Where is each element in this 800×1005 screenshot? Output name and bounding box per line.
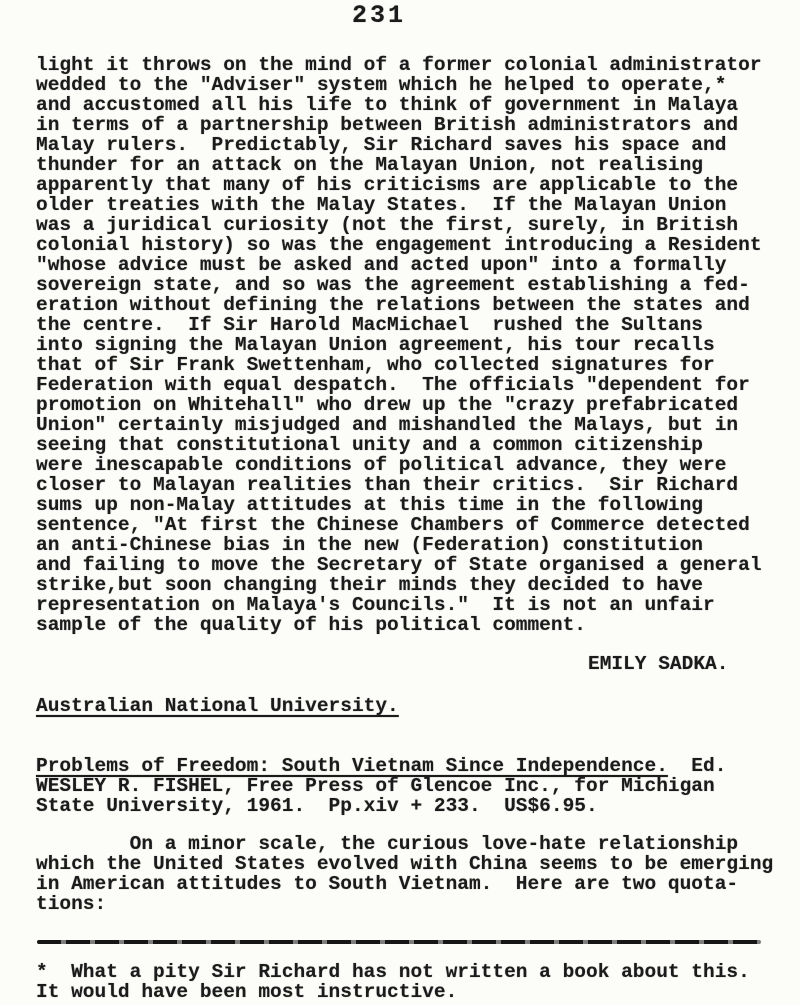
scanned-document-page: 231 light it throws on the mind of a for… <box>0 0 800 1005</box>
review1-body-text: light it throws on the mind of a former … <box>36 55 762 635</box>
book-citation-details: WESLEY R. FISHEL, Free Press of Glencoe … <box>36 775 715 817</box>
review2-body-text: On a minor scale, the curious love-hate … <box>36 834 773 914</box>
book-title-editor-suffix: Ed. <box>668 755 727 777</box>
footnote-separator-rule <box>37 940 761 944</box>
book-title: Problems of Freedom: South Vietnam Since… <box>36 755 668 777</box>
reviewer-signature: EMILY SADKA. <box>588 654 728 674</box>
reviewer-affiliation: Australian National University. <box>36 696 399 716</box>
page-number: 231 <box>0 3 758 29</box>
footnote-text: * What a pity Sir Richard has not writte… <box>36 962 750 1002</box>
book-citation: Problems of Freedom: South Vietnam Since… <box>36 756 726 816</box>
